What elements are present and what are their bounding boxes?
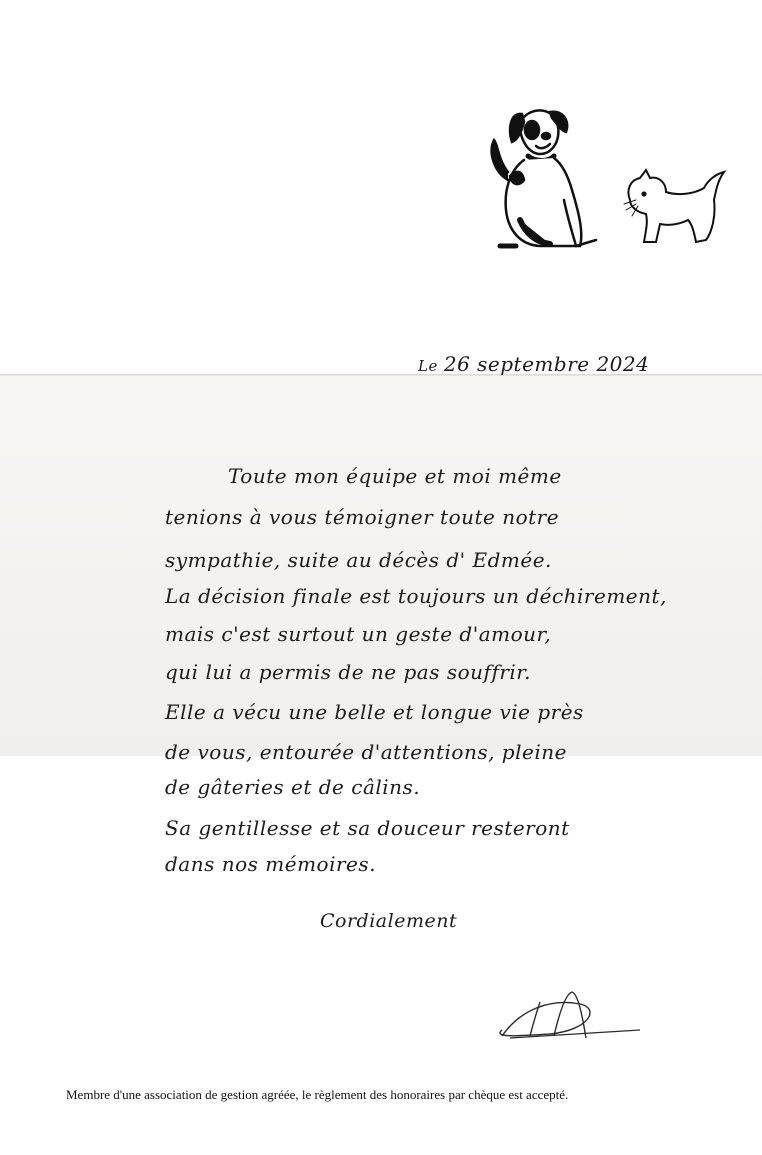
body-line-11: dans nos mémoires.	[165, 852, 376, 876]
dog-icon	[492, 110, 596, 246]
body-line-9: de gâteries et de câlins.	[165, 775, 420, 799]
cat-icon	[624, 170, 724, 242]
closing-salutation: Cordialement	[320, 910, 457, 932]
dog-and-cat-illustration	[480, 100, 740, 260]
body-line-3: sympathie, suite au décès d' Edmée.	[165, 548, 552, 572]
letter-date: Le26 septembre 2024	[418, 352, 649, 376]
body-line-8: de vous, entourée d'attentions, pleine	[165, 740, 567, 764]
body-line-4: La décision finale est toujours un déchi…	[165, 584, 667, 608]
body-line-6: qui lui a permis de ne pas souffrir.	[165, 660, 531, 684]
body-line-1: Toute mon équipe et moi même	[228, 464, 562, 488]
date-prefix: Le	[418, 357, 438, 375]
body-line-10: Sa gentillesse et sa douceur resteront	[165, 816, 570, 840]
body-line-5: mais c'est surtout un geste d'amour,	[165, 622, 551, 646]
date-value: 26 septembre 2024	[444, 352, 650, 376]
body-line-7: Elle a vécu une belle et longue vie près	[165, 700, 584, 724]
signature-icon	[490, 990, 650, 1050]
body-line-2: tenions à vous témoigner toute notre	[165, 505, 559, 529]
footer-notice: Membre d'une association de gestion agré…	[66, 1087, 568, 1103]
